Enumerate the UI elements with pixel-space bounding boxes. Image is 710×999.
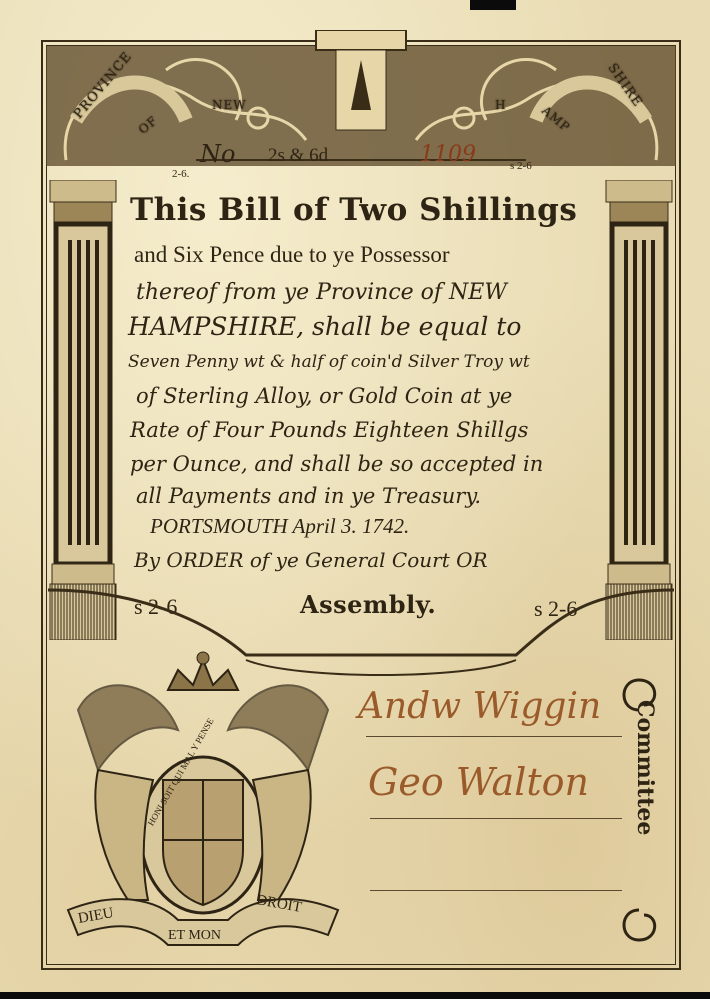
scan-edge-notch [470,0,516,10]
bill-line-6: of Sterling Alloy, or Gold Coin at ye [136,384,512,408]
left-pillar [48,180,118,640]
bill-line-7: Rate of Four Pounds Eighteen Shillgs [130,418,528,442]
bill-line-3: thereof from ye Province of NEW [136,280,507,305]
bill-line-5: Seven Penny wt & half of coin'd Silver T… [128,352,530,372]
bill-line-10: PORTSMOUTH April 3. 1742. [150,514,409,539]
bill-line-8: per Ounce, and shall be so accepted in [130,452,543,476]
right-pillar [604,180,674,640]
banner-h: H [495,98,506,112]
header-ornament [46,30,676,190]
corner-value-top-left: 2-6. [172,168,189,180]
bill-line-1: This Bill of Two Shillings [130,192,577,228]
signature-2: Geo Walton [368,760,589,804]
signature-1: Andw Wiggin [358,686,601,727]
denomination: 2s & 6d [268,145,328,167]
serial-number: 1109 [420,142,476,167]
committee-scroll-ornament [614,670,664,950]
bill-line-4: HAMPSHIRE, shall be equal to [128,312,521,341]
banner-new: NEW [212,98,247,112]
signature-line-1 [366,736,622,737]
signature-line-2 [370,818,622,819]
bill-line-9: all Payments and in ye Treasury. [136,484,481,508]
bill-line-11: By ORDER of ye General Court OR [134,548,488,572]
signature-line-3 [370,890,622,891]
corner-value-top-right: s 2-6 [510,160,532,172]
bill-line-2: and Six Pence due to ye Possessor [134,242,450,268]
serial-label: No [200,140,235,168]
motto-et-mon: ET MON [168,928,221,944]
